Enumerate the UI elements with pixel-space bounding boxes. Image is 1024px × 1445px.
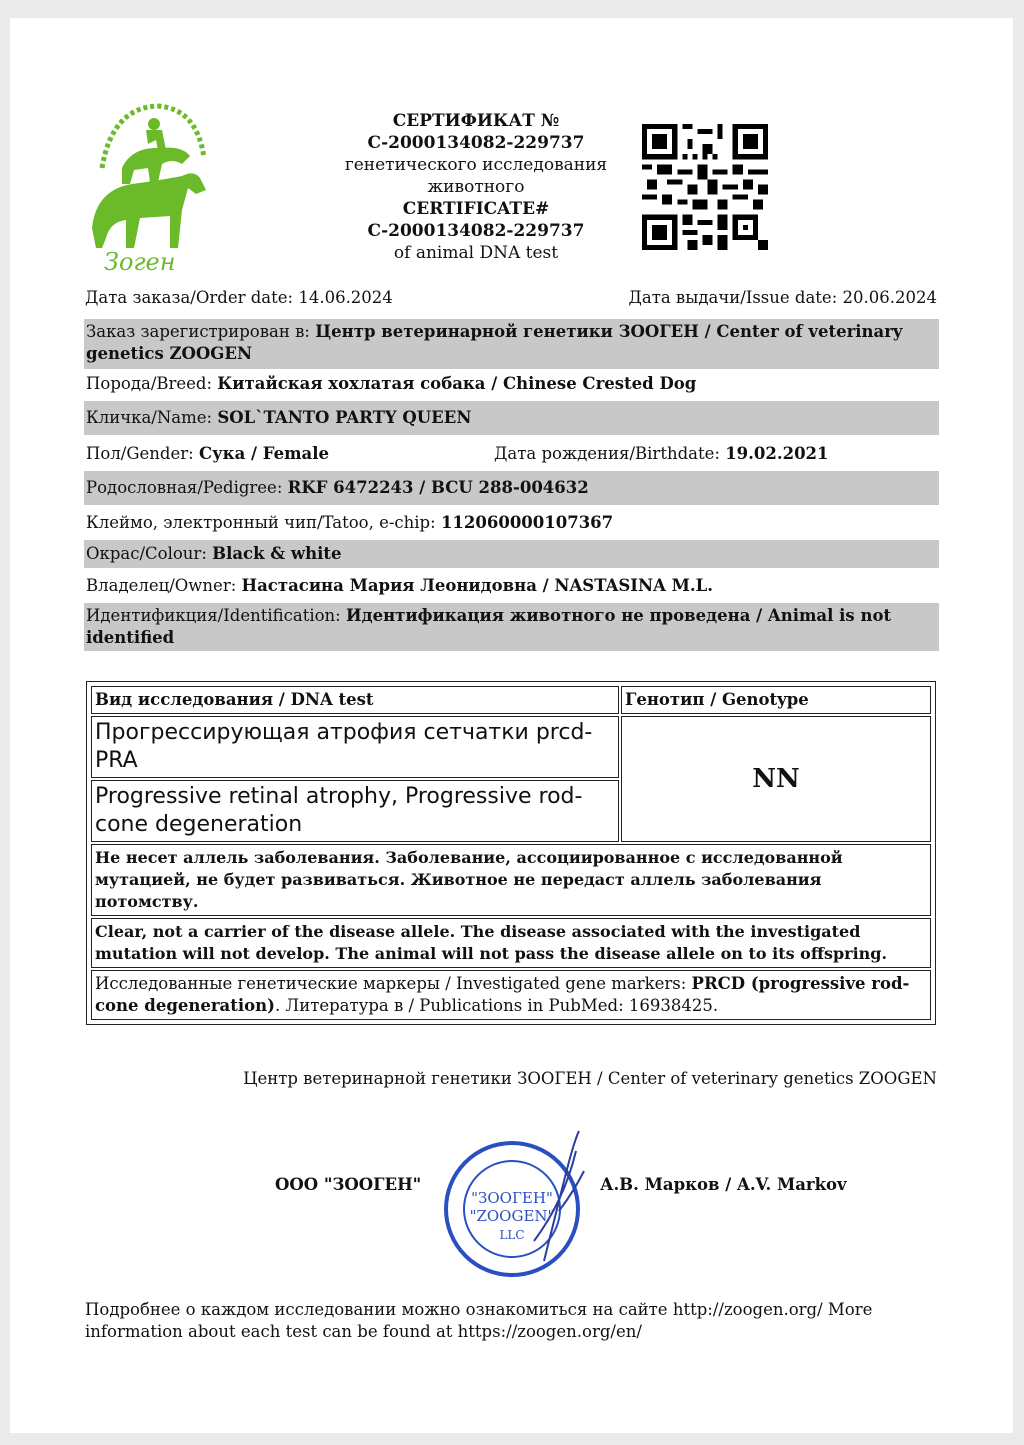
gender-row: Пол/Gender: Сука / Female Дата рождения/… xyxy=(84,443,939,465)
certificate-number-en: C-2000134082-229737 xyxy=(330,220,622,242)
qr-code-icon xyxy=(642,124,768,250)
gene-markers: Исследованные генетические маркеры / Inv… xyxy=(91,970,931,1020)
col-genotype: Генотип / Genotype xyxy=(621,686,931,714)
svg-text:"ZOOGEN": "ZOOGEN" xyxy=(470,1207,555,1225)
breed-row: Порода/Breed: Китайская хохлатая собака … xyxy=(84,373,939,395)
dates-row: Дата заказа/Order date: 14.06.2024 Дата … xyxy=(85,288,937,310)
stamp-icon: "ЗООГЕН" "ZOOGEN" LLC xyxy=(434,1121,594,1281)
result-ru: Не несет аллель заболевания. Заболевание… xyxy=(91,844,931,916)
center-name: Центр ветеринарной генетики ЗООГЕН / Cen… xyxy=(243,1069,937,1088)
title-ru: СЕРТИФИКАТ № xyxy=(330,110,622,132)
test-name-ru: Прогрессирующая атрофия сетчатки prcd-PR… xyxy=(91,716,619,778)
identification-row: Идентификция/Identification: Идентификац… xyxy=(84,603,939,651)
colour-row: Окрас/Colour: Black & white xyxy=(84,540,939,568)
dna-test-table: Вид исследования / DNA test Генотип / Ge… xyxy=(86,681,936,1025)
company-name: ООО "ЗООГЕН" xyxy=(275,1175,421,1194)
birthdate: Дата рождения/Birthdate: 19.02.2021 xyxy=(494,443,829,465)
subtitle-en: of animal DNA test xyxy=(330,242,622,264)
result-en: Clear, not a carrier of the disease alle… xyxy=(91,918,931,968)
order-date: Дата заказа/Order date: 14.06.2024 xyxy=(85,288,393,307)
chip-row: Клеймо, электронный чип/Tatoo, e-chip: 1… xyxy=(84,512,939,534)
title-en: CERTIFICATE# xyxy=(330,198,622,220)
col-dna-test: Вид исследования / DNA test xyxy=(91,686,619,714)
svg-text:LLC: LLC xyxy=(499,1228,524,1242)
svg-text:Зоген: Зоген xyxy=(104,248,176,276)
svg-text:"ЗООГЕН": "ЗООГЕН" xyxy=(471,1189,553,1207)
owner-row: Владелец/Owner: Настасина Мария Леонидов… xyxy=(84,575,939,597)
pedigree-row: Родословная/Pedigree: RKF 6472243 / BCU … xyxy=(84,471,939,505)
certificate-title: СЕРТИФИКАТ № C-2000134082-229737 генетич… xyxy=(330,110,622,264)
test-name-en: Progressive retinal atrophy, Progressive… xyxy=(91,780,619,842)
registered-row: Заказ зарегистрирован в: Центр ветеринар… xyxy=(84,319,939,369)
issue-date: Дата выдачи/Issue date: 20.06.2024 xyxy=(628,288,937,307)
subtitle-ru-2: животного xyxy=(330,176,622,198)
certificate-number: C-2000134082-229737 xyxy=(330,132,622,154)
horse-rider-logo-icon: Зоген xyxy=(82,98,212,278)
certificate-page: Зоген СЕРТИФИКАТ № C-2000134082-229737 г… xyxy=(10,18,1013,1433)
subtitle-ru-1: генетического исследования xyxy=(330,154,622,176)
footer-note: Подробнее о каждом исследовании можно оз… xyxy=(85,1299,935,1343)
name-row: Кличка/Name: SOL`TANTO PARTY QUEEN xyxy=(84,401,939,435)
signatory-name: А.В. Марков / A.V. Markov xyxy=(600,1175,847,1194)
genotype-value: NN xyxy=(621,716,931,842)
